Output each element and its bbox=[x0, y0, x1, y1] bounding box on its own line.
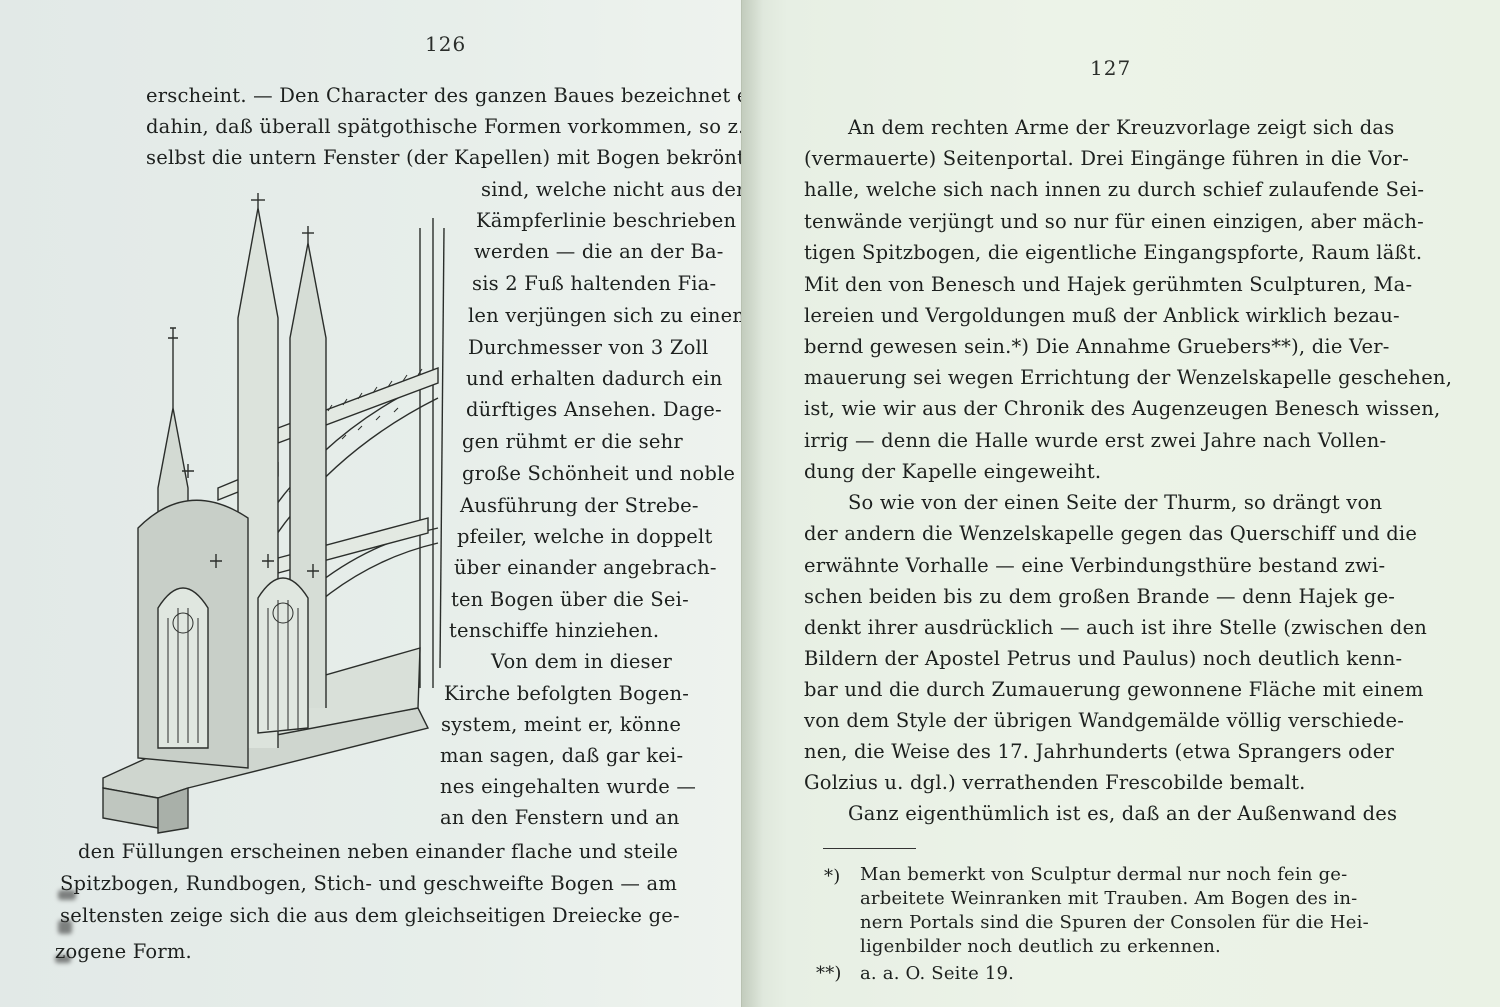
book-spread: 126 erscheint. — Den Character des ganze… bbox=[0, 0, 1500, 1007]
text-line: Golzius u. dgl.) verrathenden Frescobild… bbox=[804, 773, 1306, 793]
text-line: tigen Spitzbogen, die eigentliche Eingan… bbox=[804, 243, 1422, 263]
right-page: 127 An dem rechten Arme der Kreuzvorlage… bbox=[741, 0, 1500, 1007]
text-line: nen, die Weise des 17. Jahrhunderts (etw… bbox=[804, 742, 1394, 762]
page-number: 127 bbox=[1090, 56, 1131, 80]
text-line: (vermauerte) Seitenportal. Drei Eingänge… bbox=[804, 149, 1409, 169]
text-line: denkt ihrer ausdrücklich — auch ist ihre… bbox=[804, 618, 1427, 638]
text-line: erwähnte Vorhalle — eine Verbindungsthür… bbox=[804, 556, 1385, 576]
text-line: irrig — denn die Halle wurde erst zwei J… bbox=[804, 431, 1386, 451]
text-line: und erhalten dadurch ein bbox=[466, 369, 723, 389]
text-line: Mit den von Benesch und Hajek gerühmten … bbox=[804, 275, 1412, 295]
footnote-line: arbeitete Weinranken mit Trauben. Am Bog… bbox=[860, 890, 1357, 908]
text-line: sis 2 Fuß haltenden Fia- bbox=[472, 274, 716, 294]
text-line: schen beiden bis zu dem großen Brande — … bbox=[804, 587, 1395, 607]
text-line: halle, welche sich nach innen zu durch s… bbox=[804, 180, 1424, 200]
text-line: gen rühmt er die sehr bbox=[462, 432, 683, 452]
text-line: an den Fenstern und an bbox=[440, 808, 680, 828]
footnote-line: a. a. O. Seite 19. bbox=[860, 965, 1014, 983]
footnote-line: ligenbilder noch deutlich zu erkennen. bbox=[860, 938, 1221, 956]
text-line: lereien und Vergoldungen muß der Anblick… bbox=[804, 306, 1400, 326]
text-line: den Füllungen erscheinen neben einander … bbox=[78, 842, 678, 862]
text-line: pfeiler, welche in doppelt bbox=[457, 527, 713, 547]
text-line: ten Bogen über die Sei- bbox=[451, 590, 689, 610]
footnote-marker: **) bbox=[816, 965, 842, 983]
text-line: Ganz eigenthümlich ist es, daß an der Au… bbox=[848, 804, 1397, 824]
text-line: tenschiffe hinziehen. bbox=[449, 621, 659, 641]
text-line: seltensten zeige sich die aus dem gleich… bbox=[60, 906, 680, 926]
text-line: über einander angebrach- bbox=[454, 558, 717, 578]
ink-smudge bbox=[58, 920, 72, 934]
text-line: Von dem in dieser bbox=[491, 652, 672, 672]
text-line: Kirche befolgten Bogen- bbox=[444, 684, 689, 704]
footnote-rule bbox=[823, 848, 916, 849]
text-line: man sagen, daß gar kei- bbox=[440, 746, 683, 766]
text-line: sind, welche nicht aus der bbox=[481, 180, 746, 200]
text-line: bernd gewesen sein.*) Die Annahme Gruebe… bbox=[804, 337, 1390, 357]
text-line: dürftiges Ansehen. Dage- bbox=[466, 400, 722, 420]
text-line: system, meint er, könne bbox=[441, 715, 681, 735]
text-line: der andern die Wenzelskapelle gegen das … bbox=[804, 524, 1417, 544]
text-line: ist, wie wir aus der Chronik des Augenze… bbox=[804, 399, 1440, 419]
text-line: nes eingehalten wurde — bbox=[440, 777, 696, 797]
text-line: Kämpferlinie beschrieben bbox=[476, 211, 736, 231]
text-line: erscheint. — Den Character des ganzen Ba… bbox=[146, 86, 758, 106]
text-line: mauerung sei wegen Errichtung der Wenzel… bbox=[804, 368, 1452, 388]
text-line: selbst die untern Fenster (der Kapellen)… bbox=[146, 148, 745, 168]
text-line: Spitzbogen, Rundbogen, Stich- und geschw… bbox=[60, 874, 677, 894]
buttress-engraving-icon bbox=[98, 188, 458, 843]
text-line: tenwände verjüngt und so nur für einen e… bbox=[804, 212, 1424, 232]
text-line: An dem rechten Arme der Kreuzvorlage zei… bbox=[848, 118, 1394, 138]
text-line: dahin, daß überall spätgothische Formen … bbox=[146, 117, 759, 137]
text-line: werden — die an der Ba- bbox=[474, 242, 724, 262]
page-number: 126 bbox=[425, 32, 466, 56]
text-line: Bildern der Apostel Petrus und Paulus) n… bbox=[804, 649, 1402, 669]
text-line: dung der Kapelle eingeweiht. bbox=[804, 462, 1101, 482]
gothic-buttress-illustration bbox=[98, 188, 458, 843]
text-line: zogene Form. bbox=[55, 942, 192, 962]
text-line: große Schönheit und noble bbox=[462, 464, 735, 484]
text-line: Durchmesser von 3 Zoll bbox=[468, 338, 708, 358]
text-line: len verjüngen sich zu einem bbox=[468, 306, 751, 326]
left-page: 126 erscheint. — Den Character des ganze… bbox=[0, 0, 741, 1007]
footnote-line: Man bemerkt von Sculptur dermal nur noch… bbox=[860, 866, 1347, 884]
footnote-marker: *) bbox=[824, 868, 840, 886]
ink-smudge bbox=[55, 955, 71, 963]
text-line: bar und die durch Zumauerung gewonnene F… bbox=[804, 680, 1424, 700]
ink-smudge bbox=[58, 890, 76, 900]
text-line: So wie von der einen Seite der Thurm, so… bbox=[848, 493, 1382, 513]
text-line: Ausführung der Strebe- bbox=[460, 496, 699, 516]
footnote-line: nern Portals sind die Spuren der Console… bbox=[860, 914, 1369, 932]
text-line: von dem Style der übrigen Wandgemälde vö… bbox=[804, 711, 1404, 731]
